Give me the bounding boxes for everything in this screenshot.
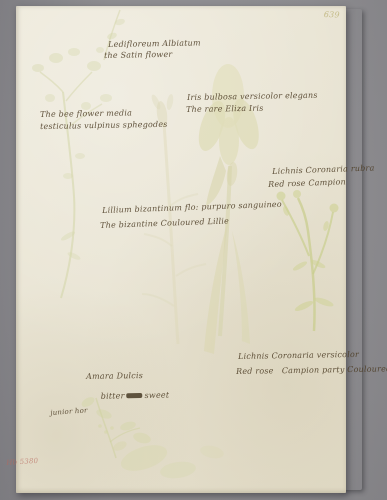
ghost-plant-orchis-spray bbox=[32, 48, 112, 298]
folio-number: 639 bbox=[324, 10, 340, 21]
ghost-loose-leaves bbox=[118, 440, 225, 480]
scanned-page: Ledifloreum Albiatum the Satin flower Th… bbox=[0, 0, 387, 500]
bittersweet-english-suffix: sweet bbox=[145, 391, 170, 400]
caption-bee-flower-english: The bee flower media bbox=[40, 108, 132, 120]
caption-campion-versicolor-latin: Lichnis Coronaria versicolor bbox=[238, 350, 359, 362]
ghost-plant-impressions bbox=[16, 6, 346, 493]
ghost-plant-rose-campion bbox=[277, 190, 339, 331]
caption-satin-flower-latin: Ledifloreum Albiatum bbox=[108, 38, 201, 50]
manuscript-sheet: Ledifloreum Albiatum the Satin flower Th… bbox=[16, 6, 346, 493]
caption-bittersweet-english: bittersweet bbox=[84, 381, 169, 412]
caption-satin-flower-english: the Satin flower bbox=[104, 50, 172, 61]
caption-campion-versicolor-english: Red rose Campion party Couloured bbox=[236, 364, 387, 377]
caption-iris-english: The rare Eliza Iris bbox=[186, 104, 264, 115]
bittersweet-english-prefix: bitter bbox=[101, 391, 125, 400]
ink-blot bbox=[127, 393, 143, 398]
